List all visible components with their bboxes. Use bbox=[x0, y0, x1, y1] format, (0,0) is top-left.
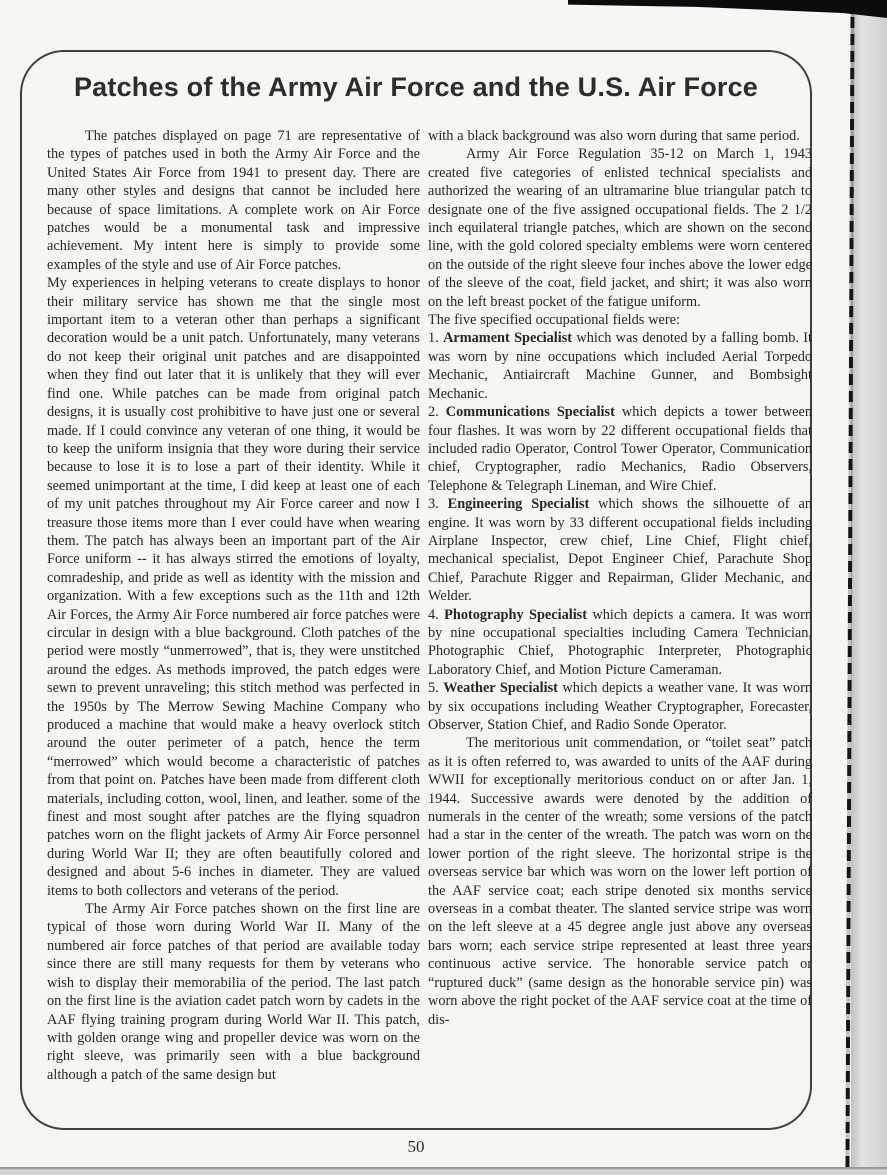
right-column: with a black background was also worn du… bbox=[428, 127, 812, 1125]
scan-top-edge bbox=[568, 0, 887, 18]
left-column: The patches displayed on page 71 are rep… bbox=[47, 127, 420, 1125]
page-title: Patches of the Army Air Force and the U.… bbox=[20, 72, 812, 103]
paragraph: The meritorious unit commendation, or “t… bbox=[428, 734, 812, 1029]
paragraph: Army Air Force Regulation 35-12 on March… bbox=[428, 145, 812, 311]
paragraph: 1. Armament Specialist which was denoted… bbox=[428, 329, 812, 403]
paragraph: with a black background was also worn du… bbox=[428, 127, 812, 145]
paragraph: 5. Weather Specialist which depicts a we… bbox=[428, 679, 812, 734]
paragraph: The Army Air Force patches shown on the … bbox=[47, 900, 420, 1084]
scan-bottom-edge bbox=[0, 1167, 887, 1175]
paragraph: The five specified occupational fields w… bbox=[428, 311, 812, 329]
paragraph: 2. Communications Specialist which depic… bbox=[428, 403, 812, 495]
paragraph: 3. Engineering Specialist which shows th… bbox=[428, 495, 812, 605]
paragraph: 4. Photography Specialist which depicts … bbox=[428, 606, 812, 680]
paragraph: The patches displayed on page 71 are rep… bbox=[47, 127, 420, 274]
paragraph: My experiences in helping veterans to cr… bbox=[47, 274, 420, 900]
page-number: 50 bbox=[0, 1137, 832, 1157]
text-columns: The patches displayed on page 71 are rep… bbox=[47, 127, 812, 1125]
book-spine bbox=[851, 0, 887, 1175]
